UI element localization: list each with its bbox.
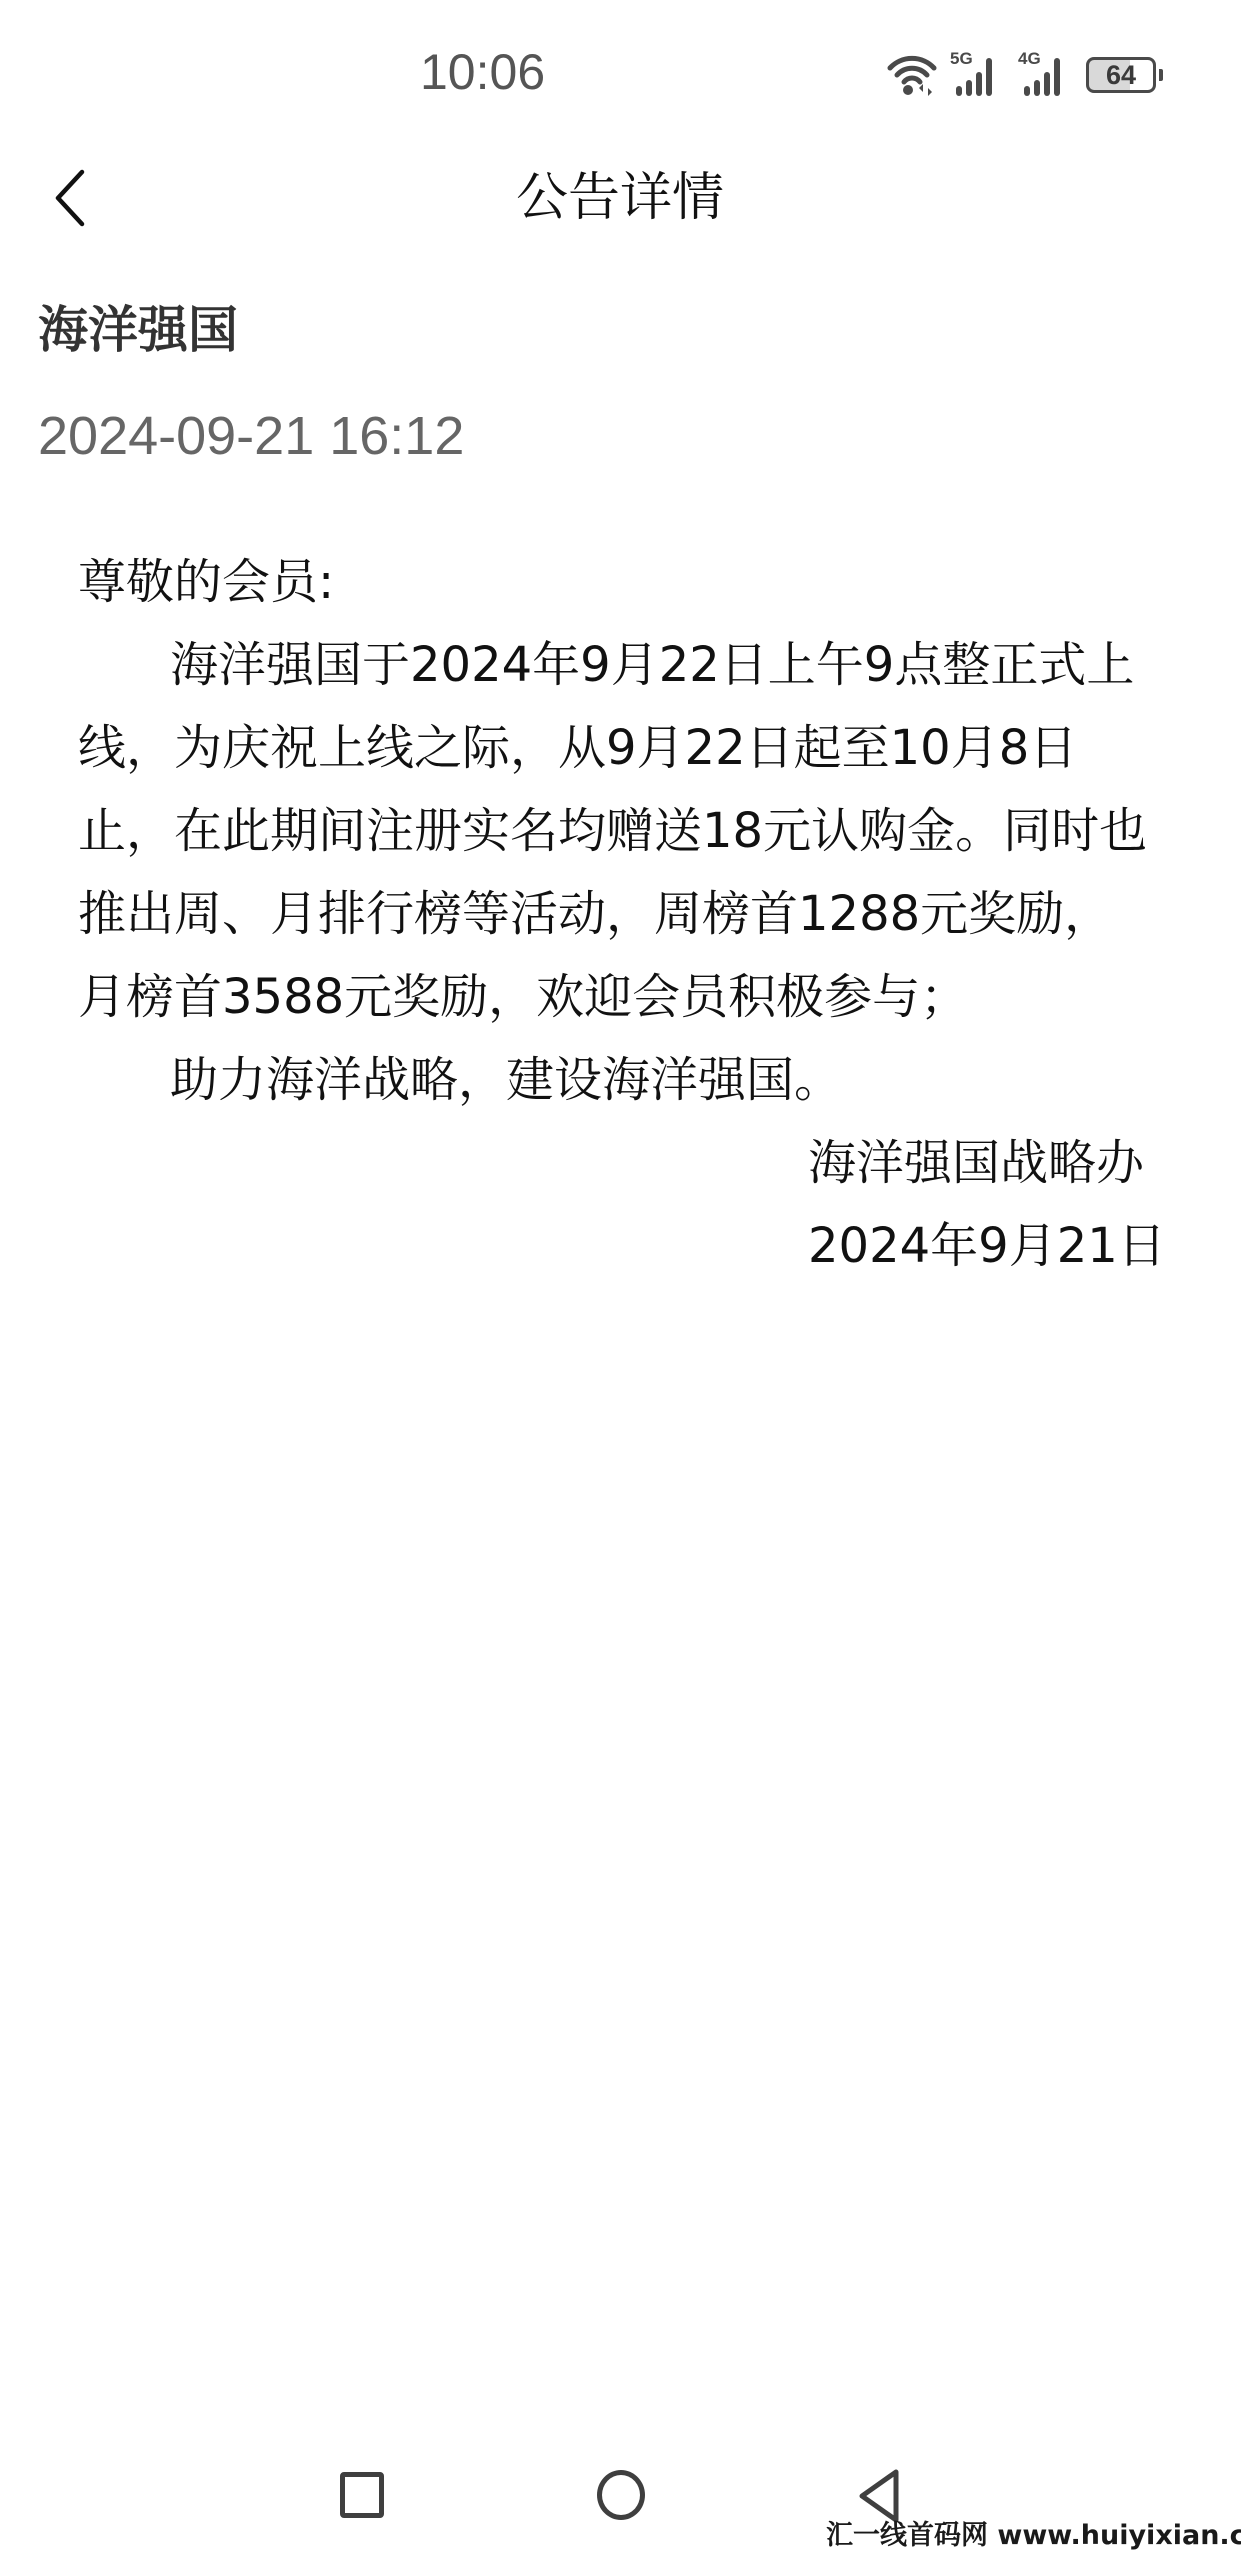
notice-timestamp: 2024-09-21 16:12 [38, 404, 464, 468]
battery-level: 64 [1086, 57, 1156, 93]
network-type-4g: 4G [1018, 50, 1041, 68]
chevron-left-icon [52, 168, 88, 232]
wifi-icon [886, 54, 938, 96]
notice-signature-date: 2024年9月21日 [78, 1205, 1158, 1288]
notice-paragraph: 助力海洋战略，建设海洋强国。 [78, 1039, 1158, 1122]
signal-4g-icon: 4G [1018, 54, 1074, 96]
home-button[interactable] [597, 2470, 645, 2520]
battery-icon: 64 [1086, 54, 1163, 96]
notice-title: 海洋强国 [38, 298, 238, 362]
recent-apps-button[interactable] [340, 2472, 384, 2518]
network-type-5g: 5G [950, 50, 973, 68]
notice-signature-org: 海洋强国战略办 [78, 1122, 1158, 1205]
page-title: 公告详情 [320, 166, 920, 230]
battery-nub [1159, 69, 1163, 81]
status-time: 10:06 [420, 44, 544, 100]
notice-greeting: 尊敬的会员: [78, 541, 1158, 624]
back-button[interactable] [40, 162, 100, 238]
status-icons: 5G 4G 64 [886, 50, 1176, 96]
watermark: 汇一线首码网 www.huiyixian.com [826, 2518, 1238, 2554]
notice-body: 尊敬的会员: 海洋强国于2024年9月22日上午9点整正式上线，为庆祝上线之际，… [78, 541, 1158, 1288]
notice-paragraph: 海洋强国于2024年9月22日上午9点整正式上线，为庆祝上线之际，从9月22日起… [78, 624, 1158, 1039]
system-back-button[interactable] [852, 2466, 906, 2526]
signal-5g-icon: 5G [950, 54, 1006, 96]
